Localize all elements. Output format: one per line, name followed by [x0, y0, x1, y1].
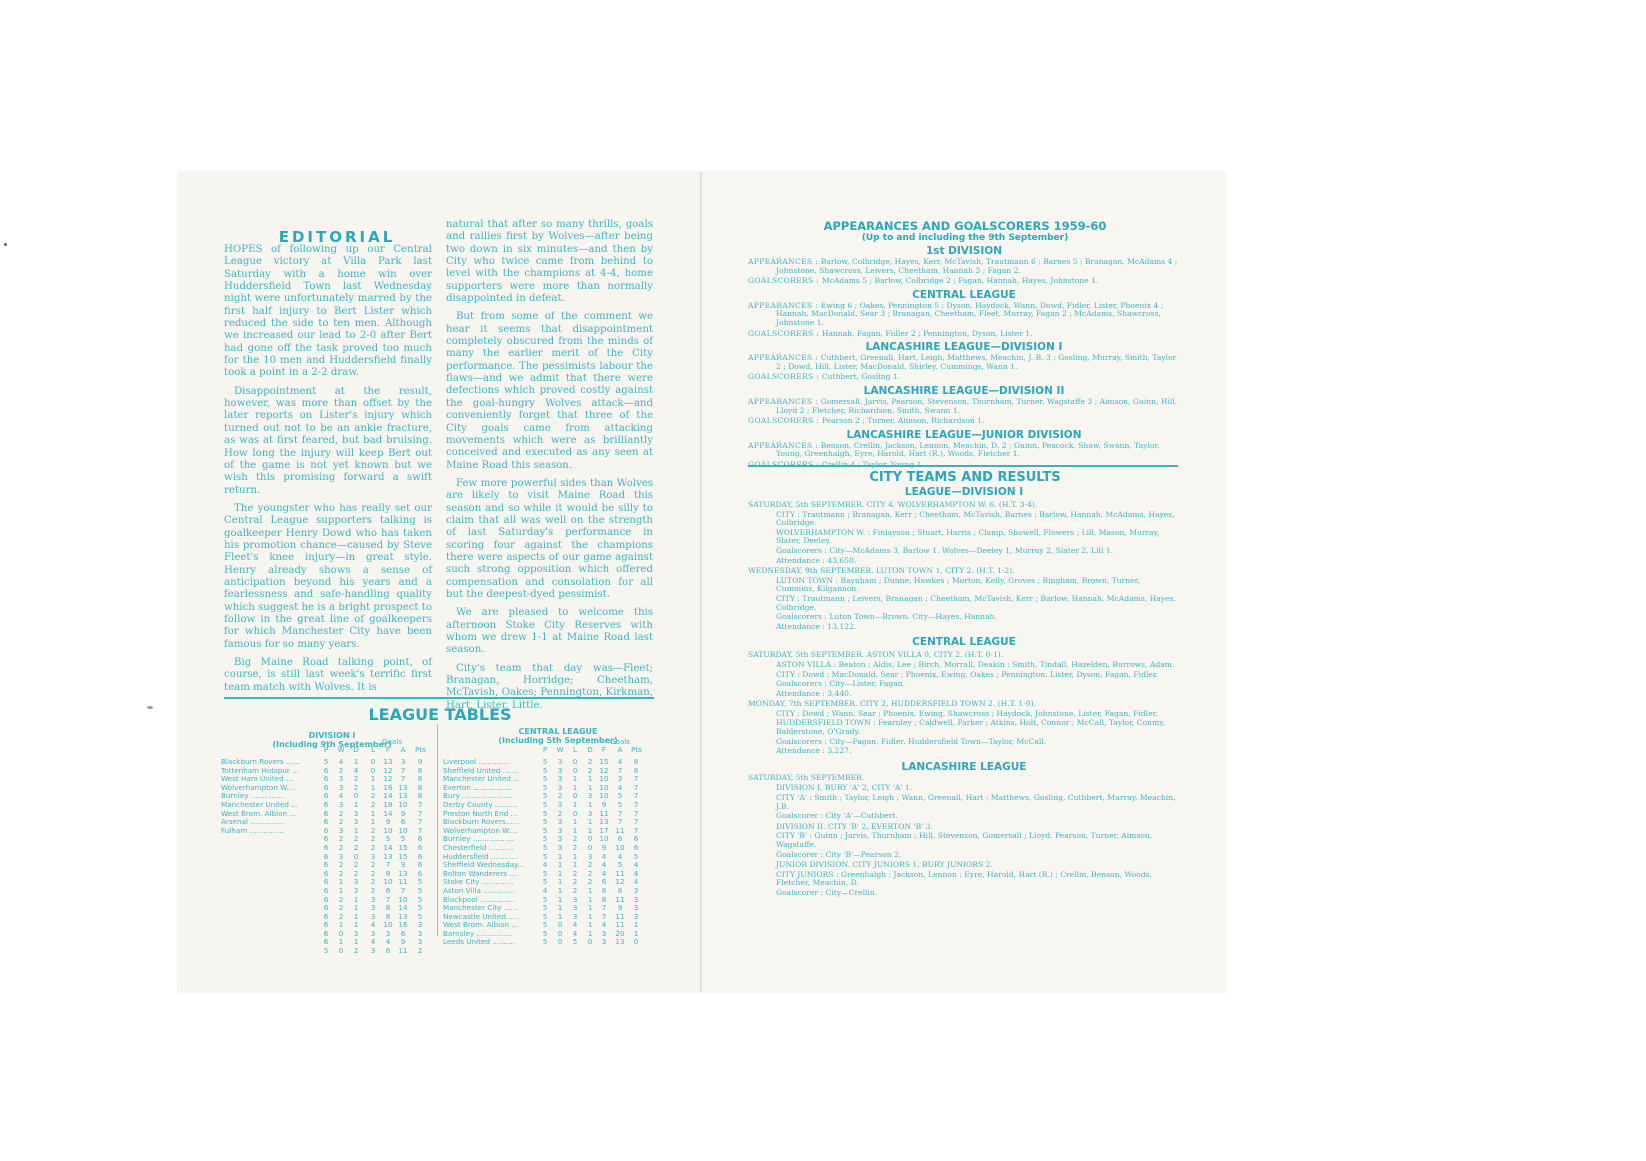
appearances-names: Gomersall, Jarvis, Pearson, Stevenson, T…	[776, 397, 1177, 415]
appearances-names: Benson, Crellin, Jackson, Lennon, Meachi…	[776, 441, 1160, 459]
team-name: Blackburn Rovers ......	[221, 758, 313, 767]
column-header: Pts	[631, 746, 641, 755]
team-name: Stoke City ..............	[443, 878, 531, 887]
team-name: Barnsley ................	[443, 930, 531, 939]
cell-value: 13	[615, 938, 625, 947]
team-name: West Brom. Albion ...	[221, 810, 313, 819]
editorial-paragraph: Big Maine Road talking point, of course,…	[224, 657, 432, 694]
table-row: Stoke City ..............51226124	[443, 878, 658, 887]
column-header: Pts	[415, 746, 425, 755]
cell-value: 0	[631, 938, 641, 947]
goalscorers-label: GOALSCORERS :	[748, 372, 822, 381]
team-name: Blackburn Rovers......	[443, 818, 531, 827]
team-name: Manchester City ......	[443, 904, 531, 913]
table-row: Leeds United ..........50503130	[443, 938, 658, 947]
match-date: SATURDAY, 5th SEPTEMBER.	[748, 774, 1180, 783]
editorial-paragraph: We are pleased to welcome this afternoon…	[446, 607, 653, 656]
column-header: W	[555, 746, 565, 755]
match-header: SATURDAY, 5th SEPTEMBER. CITY 4, WOLVERH…	[748, 501, 1180, 510]
page-fold	[700, 172, 702, 992]
team-name: Liverpool ..............	[443, 758, 531, 767]
appearances-entry: APPEARANCES : Barlow, Colbridge, Hayes, …	[748, 258, 1180, 275]
match-line: Goalscorer : City—Crellin.	[748, 889, 1180, 898]
team-name: West Ham United ...	[221, 775, 313, 784]
match-line: CITY : Dowd ; MacDonald, Sear ; Phoenix,…	[748, 671, 1180, 680]
match-line: CITY 'A' : Smith ; Taylor, Leigh ; Wann,…	[748, 794, 1180, 811]
team-name: Leeds United ..........	[443, 938, 531, 947]
appearances-entry: APPEARANCES : Ewing 6 ; Oakes, Penningto…	[748, 302, 1180, 328]
team-name: West Brom. Albion ...	[443, 921, 531, 930]
match-line: Attendance : 3,440.	[748, 690, 1180, 699]
scan-speck	[4, 243, 7, 246]
table-row: Sheffield United .......53021278	[443, 767, 658, 776]
column-header: L	[368, 746, 378, 755]
league-tables-title: LEAGUE TABLES	[340, 705, 540, 724]
cell-value: 6	[383, 947, 393, 956]
team-name: Tottenham Hotspur ...	[221, 767, 313, 776]
table-row: Liverpool ..............53021548	[443, 758, 658, 767]
team-name: Manchester United ...	[221, 801, 313, 810]
table-row: Chesterfield ...........53209106	[443, 844, 658, 853]
editorial-paragraph: But from some of the comment we hear it …	[446, 311, 653, 471]
results-list: LEAGUE—DIVISION ISATURDAY, 5th SEPTEMBER…	[748, 486, 1180, 898]
appearances-list: 1st DIVISIONAPPEARANCES : Barlow, Colbri…	[748, 245, 1180, 470]
goalscorers-entry: GOALSCORERS : Pearson 2 ; Turner, Aimson…	[748, 417, 1180, 426]
section-divider	[224, 697, 654, 699]
editorial-paragraph: Disappointment at the result, however, w…	[224, 386, 432, 497]
goalscorers-names: Pearson 2 ; Turner, Aimson, Richardson 1…	[822, 416, 985, 425]
match-line: WOLVERHAMPTON W. : Finlayson ; Stuart, H…	[748, 529, 1180, 546]
goalscorers-entry: GOALSCORERS : Hannah, Fagan, Fidler 2 ; …	[748, 330, 1180, 339]
goalscorers-names: Cuthbert, Gosling 1.	[822, 372, 900, 381]
appearances-title: APPEARANCES AND GOALSCORERS 1959-60	[745, 219, 1185, 233]
match-line: CITY : Dowd ; Wann, Sear ; Phoenix, Ewin…	[748, 710, 1180, 719]
match-header: WEDNESDAY, 9th SEPTEMBER. LUTON TOWN 1, …	[748, 567, 1180, 576]
team-name: Burnley ...............	[221, 792, 313, 801]
table-row: Bolton Wanderers ....51224114	[443, 870, 658, 879]
match-line: Goalscorer : City 'B'—Pearson 2.	[748, 851, 1180, 860]
team-name: Everton .................	[443, 784, 531, 793]
table-row: Sheffield Wednesday...4112454	[443, 861, 658, 870]
team-name: Arsenal ...............	[221, 818, 313, 827]
match-line: CITY 'B' : Guinn ; Jarvis, Thurnham ; Hi…	[748, 832, 1180, 849]
results-heading: LANCASHIRE LEAGUE	[748, 761, 1180, 774]
appearances-entry: APPEARANCES : Benson, Crellin, Jackson, …	[748, 442, 1180, 459]
match-line: Attendance : 13,122.	[748, 623, 1180, 632]
team-name: Chesterfield ...........	[443, 844, 531, 853]
table-row: Huddersfield ...........5113445	[443, 853, 658, 862]
team-name: Wolverhampton W....	[221, 784, 313, 793]
results-heading: LEAGUE—DIVISION I	[748, 486, 1180, 499]
editorial-paragraph: Few more powerful sides than Wolves are …	[446, 478, 653, 601]
table-row: Blackpool ...............51318113	[443, 896, 658, 905]
match-line: Goalscorers : City—Lister, Fagan.	[748, 680, 1180, 689]
team-name: Newcastle United......	[443, 913, 531, 922]
team-name: Blackpool ...............	[443, 896, 531, 905]
appearances-names: Cuthbert, Greenall, Hart, Leigh, Matthew…	[776, 353, 1176, 371]
goalscorers-names: McAdams 5 ; Barlow, Colbridge 2 ; Fagan,…	[822, 276, 1099, 285]
column-header: A	[398, 746, 408, 755]
team-name: Aston Villa ..............	[443, 887, 531, 896]
column-header: P	[321, 746, 331, 755]
cell-value: 3	[599, 938, 609, 947]
match-line: Attendance : 3,227.	[748, 747, 1180, 756]
cell-value: 5	[540, 938, 550, 947]
results-heading: CENTRAL LEAGUE	[748, 636, 1180, 649]
cell-value: 2	[351, 947, 361, 956]
cell-value: 0	[555, 938, 565, 947]
editorial-paragraph: HOPES of following up our Central League…	[224, 244, 432, 380]
team-name: Sheffield United .......	[443, 767, 531, 776]
cell-value: 3	[368, 947, 378, 956]
editorial-paragraph: The youngster who has really set our Cen…	[224, 503, 432, 651]
editorial-column-2: natural that after so many thrills, goal…	[446, 219, 653, 718]
table-row: West Brom. Albion ...50414111	[443, 921, 658, 930]
table-row: Derby County ..........5311957	[443, 801, 658, 810]
cell-value: 0	[336, 947, 346, 956]
table-header-row: GoalsPWLDFAPts	[443, 744, 658, 758]
table-row: Aston Villa ..............4121883	[443, 887, 658, 896]
match-header: JUNIOR DIVISION. CITY JUNIORS 1, BURY JU…	[748, 861, 1180, 870]
table-row: 50236112	[221, 947, 437, 956]
match-line: HUDDERSFIELD TOWN : Fearnley ; Caldwell,…	[748, 719, 1180, 736]
table-row: Wolverhampton W....531117117	[443, 827, 658, 836]
column-header: L	[570, 746, 580, 755]
match-line: LUTON TOWN : Baynham ; Dunne, Hawkes ; M…	[748, 577, 1180, 594]
editorial-column-1: HOPES of following up our Central League…	[224, 244, 432, 700]
team-name: Derby County ..........	[443, 801, 531, 810]
section-divider	[748, 465, 1178, 467]
table-row: Barnsley ................50413201	[443, 930, 658, 939]
team-name: Fulham ...............	[221, 827, 313, 836]
appearances-names: Ewing 6 ; Oakes, Pennington 5 ; Dyson, H…	[776, 301, 1163, 327]
cell-value: 11	[398, 947, 408, 956]
match-line: Goalscorer : City 'A'—Cuthbert.	[748, 812, 1180, 821]
team-name: Preston North End ...	[443, 810, 531, 819]
match-line: CITY JUNIORS : Greenhalgh ; Jackson, Len…	[748, 871, 1180, 888]
goalscorers-entry: GOALSCORERS : McAdams 5 ; Barlow, Colbri…	[748, 277, 1180, 286]
match-line: ASTON VILLA : Beaton ; Aldis, Lee ; Birc…	[748, 661, 1180, 670]
division1-table: GoalsPWDLFAPtsBlackburn Rovers ......541…	[221, 744, 437, 956]
table-row: Manchester United ...53111037	[443, 775, 658, 784]
team-name: Wolverhampton W....	[443, 827, 531, 836]
table-divider	[437, 724, 438, 936]
team-name: Bolton Wanderers ....	[443, 870, 531, 879]
team-name: Manchester United ...	[443, 775, 531, 784]
scan-speck	[147, 706, 153, 709]
match-line: CITY : Trautmann ; Branagan, Kerr ; Chee…	[748, 511, 1180, 528]
goalscorers-label: GOALSCORERS :	[748, 329, 822, 338]
goalscorers-label: GOALSCORERS :	[748, 276, 822, 285]
central-title: CENTRAL LEAGUE	[488, 727, 628, 736]
goalscorers-entry: GOALSCORERS : Cuthbert, Gosling 1.	[748, 373, 1180, 382]
table-row: Bury ......................52031057	[443, 792, 658, 801]
match-header: MONDAY, 7th SEPTEMBER. CITY 2, HUDDERSFI…	[748, 700, 1180, 709]
goalscorers-label: GOALSCORERS :	[748, 416, 822, 425]
match-header: SATURDAY, 5th SEPTEMBER. ASTON VILLA 0, …	[748, 651, 1180, 660]
team-name: Bury ......................	[443, 792, 531, 801]
cell-value: 5	[321, 947, 331, 956]
appearances-subtitle: (Up to and including the 9th September)	[745, 233, 1185, 243]
column-header: P	[540, 746, 550, 755]
appearances-entry: APPEARANCES : Gomersall, Jarvis, Pearson…	[748, 398, 1180, 415]
cell-value: 0	[585, 938, 595, 947]
table-row: Preston North End ...52031177	[443, 810, 658, 819]
cell-value: 2	[415, 947, 425, 956]
central-heading: CENTRAL LEAGUE (Including 5th September)	[488, 727, 628, 745]
table-row: Newcastle United......51317113	[443, 913, 658, 922]
match-line: Goalscorers : City—McAdams 3, Barlow 1. …	[748, 547, 1180, 556]
team-name: Sheffield Wednesday...	[443, 861, 531, 870]
column-header: F	[383, 746, 393, 755]
match-header: DIVISION I. BURY 'A' 2, CITY 'A' 1.	[748, 784, 1180, 793]
appearances-entry: APPEARANCES : Cuthbert, Greenall, Hart, …	[748, 354, 1180, 371]
editorial-paragraph: natural that after so many thrills, goal…	[446, 219, 653, 305]
match-line: Goalscorers : City—Fagan, Fidler. Hudder…	[748, 738, 1180, 747]
column-header: D	[585, 746, 595, 755]
match-line: Goalscorers : Luton Town—Brown. City—Hay…	[748, 613, 1180, 622]
match-header: DIVISION II. CITY 'B' 2, EVERTON 'B' 3.	[748, 823, 1180, 832]
table-row: Blackburn Rovers......53111377	[443, 818, 658, 827]
table-header-row: GoalsPWDLFAPts	[221, 744, 437, 758]
column-header: F	[599, 746, 609, 755]
column-header: W	[336, 746, 346, 755]
table-row: Everton .................53111047	[443, 784, 658, 793]
table-row: Manchester City ......5131793	[443, 904, 658, 913]
cell-value: 5	[570, 938, 580, 947]
goalscorers-names: Hannah, Fagan, Fidler 2 ; Pennington, Dy…	[822, 329, 1033, 338]
column-header: D	[351, 746, 361, 755]
appearances-names: Barlow, Colbridge, Hayes, Kerr, McTavish…	[776, 257, 1177, 275]
central-league-table: GoalsPWLDFAPtsLiverpool ..............53…	[443, 744, 658, 947]
column-header: A	[615, 746, 625, 755]
match-line: CITY : Trautmann ; Leivers, Branagan ; C…	[748, 595, 1180, 612]
team-name: Huddersfield ...........	[443, 853, 531, 862]
team-name: Burnley ..................	[443, 835, 531, 844]
table-row: Burnley ..................53201066	[443, 835, 658, 844]
results-title: CITY TEAMS AND RESULTS	[745, 470, 1185, 485]
match-line: Attendance : 43,650.	[748, 557, 1180, 566]
